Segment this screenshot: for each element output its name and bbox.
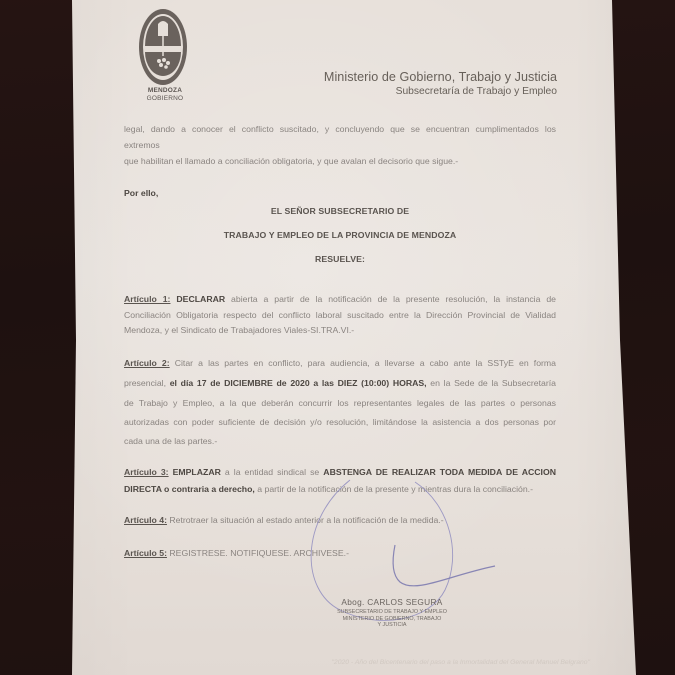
article-4-text: Retrotraer la situación al estado anteri…: [167, 515, 444, 525]
article-2-line-5: cada una de las partes.-: [124, 436, 556, 446]
hearing-date: el día 17 de DICIEMBRE de 2020 a las DIE…: [170, 378, 427, 388]
article-5-text: REGISTRESE. NOTIFIQUESE. ARCHIVESE.-: [167, 548, 349, 558]
signer-role-3: Y JUSTICIA: [322, 622, 462, 629]
logo-line-1: MENDOZA: [130, 87, 200, 95]
article-1-verb: DECLARAR: [176, 294, 225, 304]
article-2-location: en la Sede de la Subsecretaría: [427, 378, 556, 388]
article-3-line-2: DIRECTA o contraria a derecho, a partir …: [124, 484, 556, 494]
article-2-line-2: presencial, el día 17 de DICIEMBRE de 20…: [124, 378, 556, 388]
article-3-verb: EMPLAZAR: [169, 467, 221, 477]
signature-block: Abog. CARLOS SEGURA SUBSECRETARIO DE TRA…: [322, 597, 462, 629]
article-1-line-3: Mendoza, y el Sindicato de Trabajadores …: [124, 325, 556, 335]
paper-lighting: [0, 0, 675, 675]
article-2-pre: presencial,: [124, 378, 170, 388]
footer-motto: "2020 - Año del Bicentenario del paso a …: [250, 659, 590, 666]
heading-line-1: EL SEÑOR SUBSECRETARIO DE: [100, 206, 580, 216]
article-1-label: Artículo 1:: [124, 294, 170, 304]
article-3-bold-clause: ABSTENGA DE REALIZAR TODA MEDIDA DE ACCI…: [323, 467, 556, 477]
article-3-text-2: a partir de la notificación de la presen…: [255, 484, 533, 494]
article-3-bold-clause-2: DIRECTA o contraria a derecho,: [124, 484, 255, 494]
intro-line-1: legal, dando a conocer el conflicto susc…: [124, 124, 556, 134]
article-3-line-1: Artículo 3: EMPLAZAR a la entidad sindic…: [124, 467, 556, 477]
por-ello: Por ello,: [124, 188, 556, 198]
article-5-label: Artículo 5:: [124, 548, 167, 558]
ministry-name: Ministerio de Gobierno, Trabajo y Justic…: [324, 70, 557, 84]
heading-line-2: TRABAJO Y EMPLEO DE LA PROVINCIA DE MEND…: [100, 230, 580, 240]
article-1-line-2: Conciliación Obligatoria respecto del co…: [124, 310, 556, 320]
heading-resuelve: RESUELVE:: [100, 254, 580, 264]
subsecretariat-name: Subsecretaría de Trabajo y Empleo: [324, 86, 557, 97]
article-2-text: Citar a las partes en conflicto, para au…: [170, 358, 556, 368]
article-1-text: abierta a partir de la notificación de l…: [225, 294, 556, 304]
article-2-line-3: de Trabajo y Empleo, a la que deberán co…: [124, 398, 556, 408]
article-2-line-4: autorizadas con poder suficiente de deci…: [124, 417, 556, 427]
logo-line-2: GOBIERNO: [130, 95, 200, 103]
article-3-label: Artículo 3:: [124, 467, 169, 477]
letterhead: Ministerio de Gobierno, Trabajo y Justic…: [324, 70, 557, 97]
article-4-line-1: Artículo 4: Retrotraer la situación al e…: [124, 515, 556, 525]
article-4-label: Artículo 4:: [124, 515, 167, 525]
intro-line-2: extremos: [124, 140, 556, 150]
logo-caption: MENDOZA GOBIERNO: [130, 87, 200, 102]
signer-name: Abog. CARLOS SEGURA: [322, 597, 462, 607]
mendoza-coat-of-arms-icon: [137, 6, 189, 88]
article-3-text: a la entidad sindical se: [221, 467, 323, 477]
article-1-line-1: Artículo 1: DECLARAR abierta a partir de…: [124, 294, 556, 304]
article-2-line-1: Artículo 2: Citar a las partes en confli…: [124, 358, 556, 368]
intro-line-3: que habilitan el llamado a conciliación …: [124, 156, 556, 166]
article-5-line-1: Artículo 5: REGISTRESE. NOTIFIQUESE. ARC…: [124, 548, 556, 558]
article-2-label: Artículo 2:: [124, 358, 170, 368]
signer-role-1: SUBSECRETARIO DE TRABAJO Y EMPLEO: [322, 609, 462, 616]
